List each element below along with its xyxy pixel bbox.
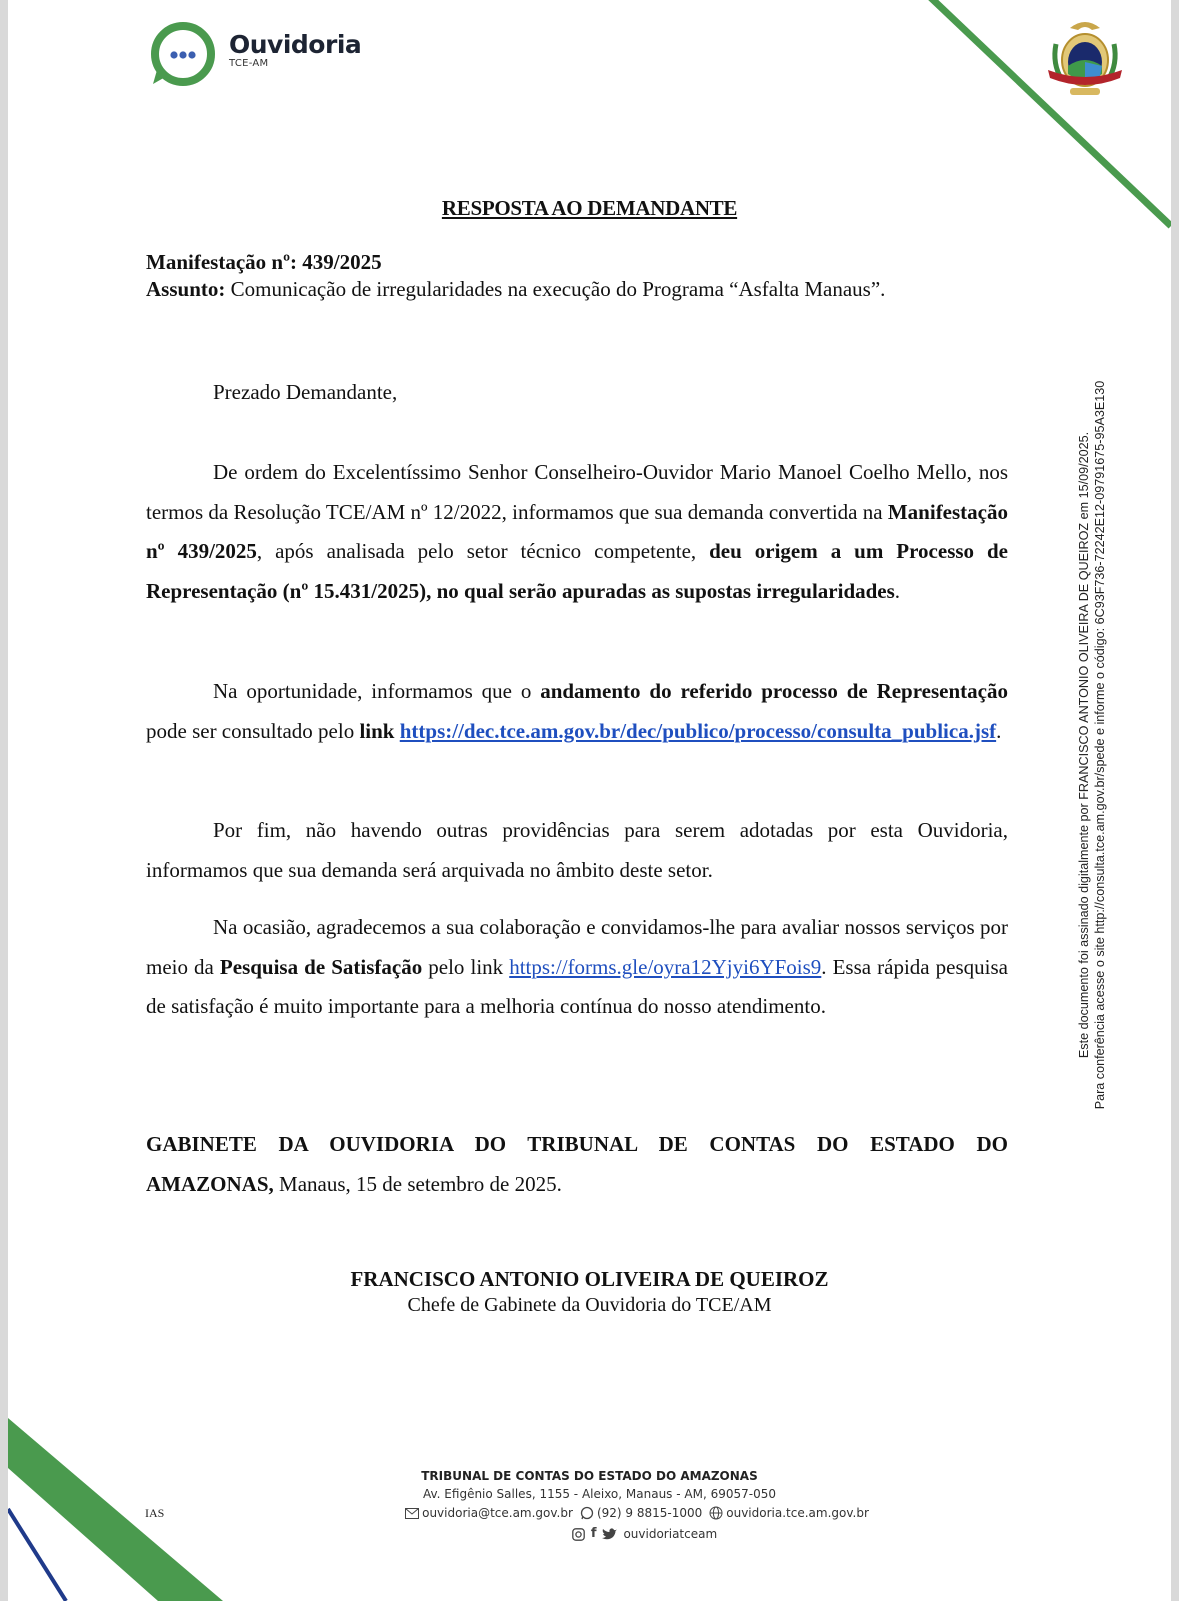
globe-icon xyxy=(709,1506,723,1520)
survey-link[interactable]: https://forms.gle/oyra12Yjyi6YFois9 xyxy=(509,955,821,979)
whatsapp-icon xyxy=(580,1506,594,1520)
logo-title: Ouvidoria xyxy=(229,31,361,59)
greeting: Prezado Demandante, xyxy=(213,380,397,405)
footer-email[interactable]: ouvidoria@tce.am.gov.br xyxy=(422,1503,573,1523)
paragraph-consultation: Na oportunidade, informamos que o andame… xyxy=(146,672,1008,751)
signer-role: Chefe de Gabinete da Ouvidoria do TCE/AM xyxy=(8,1292,1171,1318)
paragraph-process-origin: De ordem do Excelentíssimo Senhor Consel… xyxy=(146,453,1008,611)
facebook-icon[interactable]: f xyxy=(591,1523,597,1545)
envelope-icon xyxy=(405,1508,419,1519)
ouvidoria-logo: Ouvidoria TCE-AM xyxy=(151,22,361,82)
document-title: RESPOSTA AO DEMANDANTE xyxy=(8,196,1171,221)
chat-bubble-icon xyxy=(151,22,211,82)
twitter-icon[interactable] xyxy=(602,1528,617,1540)
manifestation-line: Manifestação nº: 439/2025 xyxy=(146,249,885,276)
paragraph-archival: Por fim, não havendo outras providências… xyxy=(146,811,1008,890)
paragraph-satisfaction-survey: Na ocasião, agradecemos a sua colaboraçã… xyxy=(146,908,1008,1027)
footer-phone: (92) 9 8815-1000 xyxy=(597,1503,702,1523)
decorative-stripes xyxy=(8,0,1171,1601)
closing-statement: GABINETE DA OUVIDORIA DO TRIBUNAL DE CON… xyxy=(146,1124,1008,1204)
coat-of-arms-icon xyxy=(1040,14,1130,104)
social-handle: ouvidoriatceam xyxy=(623,1523,717,1545)
signer-name: FRANCISCO ANTONIO OLIVEIRA DE QUEIROZ xyxy=(8,1266,1171,1292)
footer-contacts: ouvidoria@tce.am.gov.br (92) 9 8815-1000… xyxy=(8,1503,1171,1523)
footer-title: TRIBUNAL DE CONTAS DO ESTADO DO AMAZONAS xyxy=(8,1467,1171,1485)
document-meta: Manifestação nº: 439/2025 Assunto: Comun… xyxy=(146,249,885,303)
subject-line: Assunto: Comunicação de irregularidades … xyxy=(146,276,885,303)
digital-signature-stamp: Este documento foi assinado digitalmente… xyxy=(1076,350,1108,1140)
document-page: Ouvidoria TCE-AM RESPOSTA AO DEMANDANTE … xyxy=(8,0,1171,1601)
signature-block: FRANCISCO ANTONIO OLIVEIRA DE QUEIROZ Ch… xyxy=(8,1266,1171,1318)
consulta-publica-link[interactable]: https://dec.tce.am.gov.br/dec/publico/pr… xyxy=(400,719,996,743)
instagram-icon[interactable] xyxy=(572,1528,585,1541)
footer-social: f ouvidoriatceam xyxy=(8,1523,1171,1545)
footer-website[interactable]: ouvidoria.tce.am.gov.br xyxy=(726,1503,869,1523)
logo-subtitle: TCE-AM xyxy=(229,59,361,69)
footer-address: Av. Efigênio Salles, 1155 - Aleixo, Mana… xyxy=(8,1485,1171,1503)
footer: TRIBUNAL DE CONTAS DO ESTADO DO AMAZONAS… xyxy=(8,1467,1171,1545)
